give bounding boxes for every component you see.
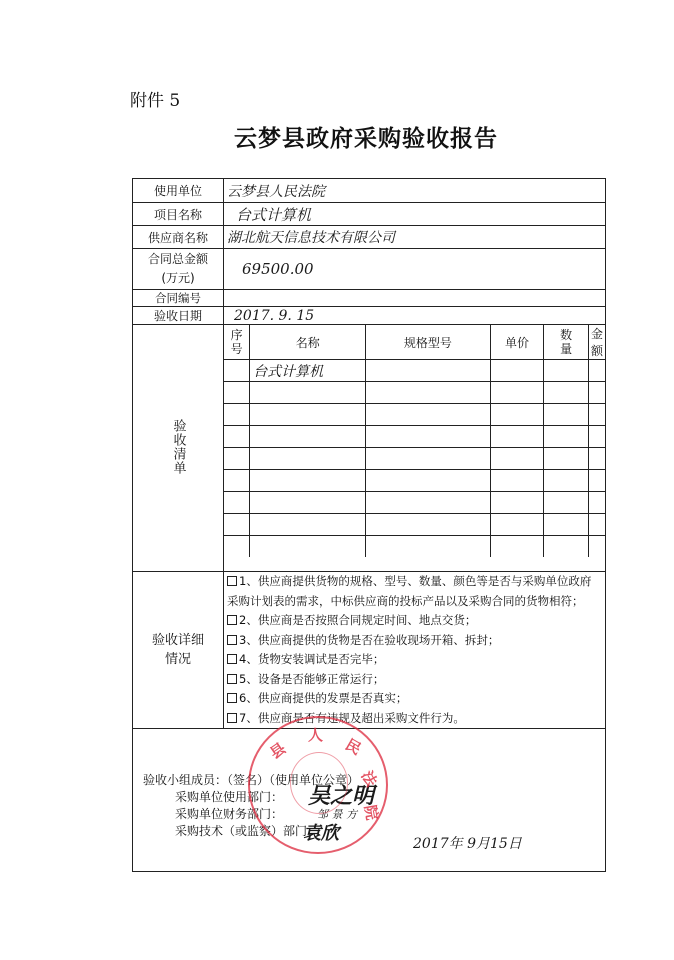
- table-row: [224, 470, 605, 492]
- table-cell[interactable]: [588, 426, 605, 448]
- table-cell[interactable]: [366, 514, 490, 536]
- amount-label: 合同总金额 (万元): [133, 249, 224, 290]
- checkbox-icon[interactable]: [227, 654, 237, 664]
- official-seal-stamp: 县 人 民 法 院: [248, 716, 388, 854]
- table-cell[interactable]: [490, 470, 544, 492]
- amount-label-line1: 合同总金额: [136, 250, 220, 269]
- table-cell[interactable]: [588, 382, 605, 404]
- table-cell[interactable]: [544, 360, 589, 382]
- table-cell[interactable]: [544, 536, 589, 558]
- items-section-label: 验收清单: [169, 419, 188, 475]
- seal-char: 民: [342, 734, 366, 760]
- table-cell[interactable]: [544, 404, 589, 426]
- table-cell[interactable]: [366, 426, 490, 448]
- checklist-text: 7、供应商是否有违规及超出采购文件行为。: [239, 711, 465, 725]
- checklist-text: 2、供应商是否按照合同规定时间、地点交货；: [239, 613, 476, 627]
- contract-no-row: 合同编号: [133, 290, 606, 307]
- project-value[interactable]: 台式计算机: [224, 203, 606, 226]
- table-cell[interactable]: [490, 536, 544, 558]
- table-cell[interactable]: [490, 382, 544, 404]
- items-table: 序号名称规格型号单价数量金额 台式计算机: [224, 325, 605, 557]
- checklist-item[interactable]: 1、供应商提供货物的规格、型号、数量、颜色等是否与采购单位政府: [227, 572, 602, 592]
- date-label: 验收日期: [133, 307, 224, 325]
- table-row: [224, 426, 605, 448]
- table-cell[interactable]: [490, 448, 544, 470]
- date-value[interactable]: 2017. 9. 15: [224, 307, 606, 325]
- table-cell[interactable]: [588, 536, 605, 558]
- table-cell[interactable]: [588, 404, 605, 426]
- table-cell[interactable]: [588, 492, 605, 514]
- supplier-row: 供应商名称 湖北航天信息技术有限公司: [133, 226, 606, 249]
- table-cell[interactable]: [250, 492, 366, 514]
- table-row: [224, 536, 605, 558]
- checklist-item[interactable]: 5、设备是否能够正常运行；: [227, 670, 602, 690]
- table-cell[interactable]: [366, 448, 490, 470]
- amount-label-line2: (万元): [136, 269, 220, 288]
- items-header-cell: 数量: [544, 325, 589, 360]
- table-cell[interactable]: [366, 536, 490, 558]
- checklist-item[interactable]: 2、供应商是否按照合同规定时间、地点交货；: [227, 611, 602, 631]
- project-row: 项目名称 台式计算机: [133, 203, 606, 226]
- table-cell[interactable]: [250, 448, 366, 470]
- table-cell[interactable]: [490, 426, 544, 448]
- checklist-text: 3、供应商提供的货物是否在验收现场开箱、拆封；: [239, 633, 499, 647]
- table-cell[interactable]: [224, 404, 250, 426]
- table-cell[interactable]: [250, 426, 366, 448]
- items-section: 验收清单 序号名称规格型号单价数量金额 台式计算机: [133, 325, 606, 572]
- table-cell[interactable]: [366, 492, 490, 514]
- table-cell[interactable]: [224, 360, 250, 382]
- seal-emblem-icon: [290, 752, 348, 814]
- table-cell[interactable]: [224, 382, 250, 404]
- table-cell[interactable]: [250, 382, 366, 404]
- checkbox-icon[interactable]: [227, 713, 237, 723]
- checklist-text: 5、设备是否能够正常运行；: [239, 672, 384, 686]
- table-cell[interactable]: [544, 492, 589, 514]
- table-cell[interactable]: [544, 470, 589, 492]
- table-cell[interactable]: [588, 470, 605, 492]
- table-cell[interactable]: [224, 492, 250, 514]
- details-label: 验收详细 情况: [133, 572, 224, 729]
- items-header-cell: 序号: [224, 325, 250, 360]
- table-cell[interactable]: [366, 470, 490, 492]
- table-cell[interactable]: [250, 404, 366, 426]
- checklist-item[interactable]: 3、供应商提供的货物是否在验收现场开箱、拆封；: [227, 631, 602, 651]
- table-cell[interactable]: [224, 426, 250, 448]
- checklist-item[interactable]: 4、货物安装调试是否完毕；: [227, 650, 602, 670]
- table-cell[interactable]: [224, 536, 250, 558]
- attachment-label: 附件 5: [130, 86, 180, 111]
- checklist-text: 6、供应商提供的发票是否真实；: [239, 691, 407, 705]
- checkbox-icon[interactable]: [227, 674, 237, 684]
- table-cell[interactable]: [366, 360, 490, 382]
- checklist-text: 采购计划表的需求，中标供应商的投标产品以及采购合同的货物相符；: [227, 594, 584, 608]
- checkbox-icon[interactable]: [227, 615, 237, 625]
- table-cell[interactable]: [366, 382, 490, 404]
- table-cell[interactable]: [588, 360, 605, 382]
- items-section-label-cell: 验收清单: [133, 325, 224, 572]
- table-row: [224, 382, 605, 404]
- table-cell[interactable]: [490, 514, 544, 536]
- table-row: [224, 448, 605, 470]
- checkbox-icon[interactable]: [227, 576, 237, 586]
- table-cell[interactable]: [544, 426, 589, 448]
- items-header-cell: 名称: [250, 325, 366, 360]
- details-label-line1: 验收详细: [136, 631, 220, 650]
- table-row: [224, 404, 605, 426]
- items-header-cell: 规格型号: [366, 325, 490, 360]
- date-row: 验收日期 2017. 9. 15: [133, 307, 606, 325]
- checkbox-icon[interactable]: [227, 635, 237, 645]
- project-label: 项目名称: [133, 203, 224, 226]
- table-cell[interactable]: [250, 514, 366, 536]
- items-table-cell: 序号名称规格型号单价数量金额 台式计算机: [224, 325, 606, 572]
- seal-char: 县: [265, 738, 289, 764]
- user-unit-row: 使用单位 云梦县人民法院: [133, 179, 606, 203]
- table-cell[interactable]: [490, 360, 544, 382]
- table-cell[interactable]: [588, 514, 605, 536]
- details-label-line2: 情况: [136, 650, 220, 669]
- user-unit-label: 使用单位: [133, 179, 224, 203]
- details-checklist: 1、供应商提供货物的规格、型号、数量、颜色等是否与采购单位政府采购计划表的需求，…: [224, 572, 606, 729]
- table-cell[interactable]: [588, 448, 605, 470]
- seal-char: 法: [357, 767, 383, 791]
- seal-char: 人: [308, 724, 323, 745]
- amount-value[interactable]: 69500.00: [224, 249, 606, 290]
- checklist-text: 1、供应商提供货物的规格、型号、数量、颜色等是否与采购单位政府: [239, 574, 591, 588]
- items-header-cell: 单价: [490, 325, 544, 360]
- user-unit-value[interactable]: 云梦县人民法院: [224, 179, 606, 203]
- table-cell[interactable]: 台式计算机: [250, 360, 366, 382]
- table-cell[interactable]: [250, 470, 366, 492]
- table-cell[interactable]: [224, 470, 250, 492]
- table-cell[interactable]: [490, 492, 544, 514]
- supplier-value[interactable]: 湖北航天信息技术有限公司: [224, 226, 606, 249]
- table-row: 台式计算机: [224, 360, 605, 382]
- table-cell[interactable]: [224, 514, 250, 536]
- contract-no-value[interactable]: [224, 290, 606, 307]
- table-row: [224, 492, 605, 514]
- supplier-label: 供应商名称: [133, 226, 224, 249]
- checklist-text: 4、货物安装调试是否完毕；: [239, 652, 384, 666]
- table-cell[interactable]: [544, 382, 589, 404]
- table-cell[interactable]: [250, 536, 366, 558]
- amount-row: 合同总金额 (万元) 69500.00: [133, 249, 606, 290]
- table-cell[interactable]: [366, 404, 490, 426]
- document-title: 云梦县政府采购验收报告: [0, 120, 674, 153]
- table-cell[interactable]: [544, 514, 589, 536]
- table-row: [224, 514, 605, 536]
- table-cell[interactable]: [224, 448, 250, 470]
- details-section: 验收详细 情况 1、供应商提供货物的规格、型号、数量、颜色等是否与采购单位政府采…: [133, 572, 606, 729]
- items-header-cell: 金额: [588, 325, 605, 360]
- table-cell[interactable]: [490, 404, 544, 426]
- checkbox-icon[interactable]: [227, 693, 237, 703]
- checklist-item[interactable]: 6、供应商提供的发票是否真实；: [227, 689, 602, 709]
- items-header-row: 序号名称规格型号单价数量金额: [224, 325, 605, 360]
- checklist-item: 采购计划表的需求，中标供应商的投标产品以及采购合同的货物相符；: [227, 592, 602, 612]
- signature-date: 2017年 9月15日: [413, 833, 522, 853]
- table-cell[interactable]: [544, 448, 589, 470]
- contract-no-label: 合同编号: [133, 290, 224, 307]
